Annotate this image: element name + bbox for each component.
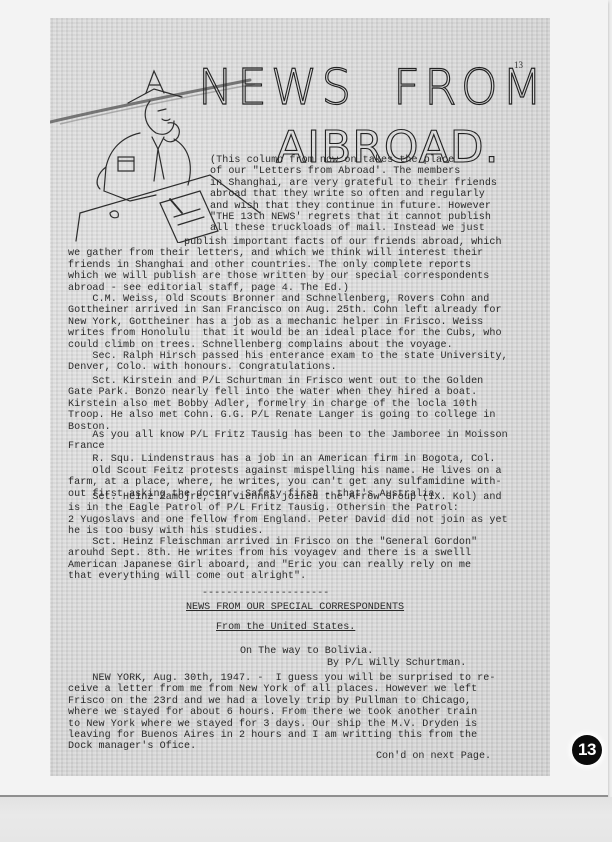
news-paragraph: R. Squ. Lindenstraus has a job in an Ame… [68, 454, 496, 465]
article-byline: By P/L Willy Schurtman. [327, 658, 466, 669]
page-number-badge: 13 [572, 735, 602, 765]
title-news-from: NEWS FROM [198, 59, 546, 117]
news-paragraph: Sct. Kirstein and P/L Schurtman in Frisc… [68, 376, 496, 433]
continued-note: Con'd on next Page. [376, 751, 491, 762]
news-paragraph: As you all know P/L Fritz Tausig has bee… [68, 430, 508, 453]
section-heading: NEWS FROM OUR SPECIAL CORRESPONDENTS [186, 602, 404, 613]
scanner-bed [0, 797, 612, 842]
news-paragraph: Sct. Heinz Fleischman arrived in Frisco … [68, 537, 477, 583]
newsletter-page: 13 NEWS FROM AIBROAD. (This column from … [50, 18, 550, 776]
news-paragraph: Sec. Ralph Hirsch passed his enterance e… [68, 351, 508, 374]
news-paragraph: Sct. Heinz Zamojre, in Viennna joined th… [68, 492, 508, 538]
subheading-united-states: From the United States. [216, 622, 355, 633]
article-body: NEW YORK, Aug. 30th, 1947. - I guess you… [68, 673, 496, 753]
article-title: On The way to Bolivia. [240, 646, 373, 657]
intro-note-continued: publish important facts of our friends a… [68, 237, 502, 294]
separator-dashes: --------------------- [202, 588, 329, 599]
news-paragraph: C.M. Weiss, Old Scouts Bronner and Schne… [68, 294, 502, 351]
intro-note-indented: (This column from now on takes the place… [210, 155, 497, 235]
